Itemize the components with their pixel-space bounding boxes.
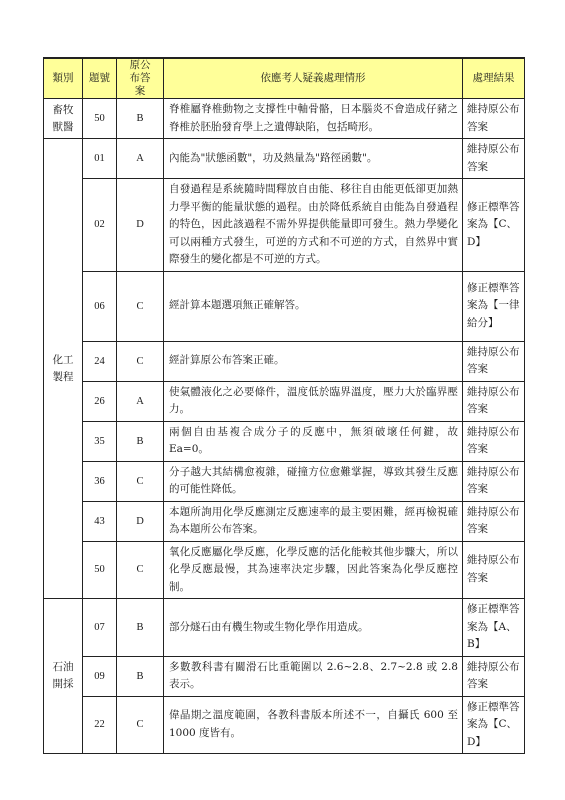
original-answer-cell: D: [117, 501, 164, 541]
answer-review-table: 類別 題號 原公布答案 依應考人疑義處理情形 處理結果 畜牧獸醫 50 B 脊椎…: [43, 57, 525, 754]
header-original-answer: 原公布答案: [117, 58, 164, 99]
question-no-cell: 24: [83, 341, 117, 381]
table-row: 畜牧獸醫 50 B 脊椎屬脊椎動物之支撐性中軸骨骼，日本腦炎不會造成仔豬之脊椎於…: [44, 99, 525, 139]
handling-cell: 自發過程是系統隨時間釋放自由能、移往自由能更低卻更加熱力學平衡的能量狀態的過程。…: [164, 179, 463, 272]
result-cell: 維持原公布答案: [463, 421, 525, 461]
original-answer-cell: A: [117, 139, 164, 179]
result-cell: 維持原公布答案: [463, 541, 525, 599]
question-no-cell: 09: [83, 656, 117, 696]
question-no-cell: 43: [83, 501, 117, 541]
original-answer-cell: B: [117, 421, 164, 461]
handling-cell: 脊椎屬脊椎動物之支撐性中軸骨骼，日本腦炎不會造成仔豬之脊椎於胚胎發育學上之遺傳缺…: [164, 99, 463, 139]
question-no-cell: 50: [83, 541, 117, 599]
original-answer-cell: D: [117, 179, 164, 272]
category-cell: 化工製程: [44, 139, 83, 599]
header-result: 處理結果: [463, 58, 525, 99]
original-answer-cell: C: [117, 461, 164, 501]
result-cell: 修正標準答案為【C、D】: [463, 179, 525, 272]
header-category: 類別: [44, 58, 83, 99]
question-no-cell: 07: [83, 599, 117, 657]
result-cell: 維持原公布答案: [463, 139, 525, 179]
table-row: 50 C 氧化反應屬化學反應，化學反應的活化能較其他步驟大，所以化學反應最慢，其…: [44, 541, 525, 599]
question-no-cell: 26: [83, 381, 117, 421]
table-row: 06 C 經計算本題選項無正確解答。 修正標準答案為【一律給分】: [44, 271, 525, 341]
question-no-cell: 36: [83, 461, 117, 501]
header-handling: 依應考人疑義處理情形: [164, 58, 463, 99]
result-cell: 維持原公布答案: [463, 381, 525, 421]
original-answer-cell: A: [117, 381, 164, 421]
original-answer-cell: C: [117, 341, 164, 381]
category-cell: 畜牧獸醫: [44, 99, 83, 139]
handling-cell: 氧化反應屬化學反應，化學反應的活化能較其他步驟大，所以化學反應最慢，其為速率決定…: [164, 541, 463, 599]
handling-cell: 經計算本題選項無正確解答。: [164, 271, 463, 341]
handling-cell: 經計算原公布答案正確。: [164, 341, 463, 381]
question-no-cell: 02: [83, 179, 117, 272]
question-no-cell: 06: [83, 271, 117, 341]
handling-cell: 兩個自由基複合成分子的反應中，無須破壞任何鍵，故Ea=0。: [164, 421, 463, 461]
result-cell: 維持原公布答案: [463, 656, 525, 696]
result-cell: 修正標準答案為【一律給分】: [463, 271, 525, 341]
handling-cell: 內能為"狀態函數"，功及熱量為"路徑函數"。: [164, 139, 463, 179]
table-header-row: 類別 題號 原公布答案 依應考人疑義處理情形 處理結果: [44, 58, 525, 99]
question-no-cell: 01: [83, 139, 117, 179]
handling-cell: 部分燧石由有機生物或生物化學作用造成。: [164, 599, 463, 657]
question-no-cell: 22: [83, 696, 117, 754]
original-answer-cell: C: [117, 696, 164, 754]
table-row: 化工製程 01 A 內能為"狀態函數"，功及熱量為"路徑函數"。 維持原公布答案: [44, 139, 525, 179]
original-answer-cell: B: [117, 599, 164, 657]
result-cell: 維持原公布答案: [463, 99, 525, 139]
original-answer-cell: B: [117, 656, 164, 696]
table-row: 22 C 偉晶期之溫度範圍，各教科書版本所述不一，自攝氏 600 至 1000 …: [44, 696, 525, 754]
result-cell: 維持原公布答案: [463, 501, 525, 541]
question-no-cell: 35: [83, 421, 117, 461]
result-cell: 維持原公布答案: [463, 341, 525, 381]
original-answer-cell: C: [117, 271, 164, 341]
table-row: 43 D 本題所詢用化學反應測定反應速率的最主要困難，經再檢視確為本題所公布答案…: [44, 501, 525, 541]
table-row: 24 C 經計算原公布答案正確。 維持原公布答案: [44, 341, 525, 381]
handling-cell: 本題所詢用化學反應測定反應速率的最主要困難，經再檢視確為本題所公布答案。: [164, 501, 463, 541]
table-row: 石油開採 07 B 部分燧石由有機生物或生物化學作用造成。 修正標準答案為【A、…: [44, 599, 525, 657]
table-row: 26 A 使氣體液化之必要條件，溫度低於臨界溫度，壓力大於臨界壓力。 維持原公布…: [44, 381, 525, 421]
table-row: 35 B 兩個自由基複合成分子的反應中，無須破壞任何鍵，故Ea=0。 維持原公布…: [44, 421, 525, 461]
header-question-no: 題號: [83, 58, 117, 99]
table-row: 09 B 多數教科書有關滑石比重範圍以 2.6~2.8、2.7~2.8 或 2.…: [44, 656, 525, 696]
handling-cell: 使氣體液化之必要條件，溫度低於臨界溫度，壓力大於臨界壓力。: [164, 381, 463, 421]
table-row: 36 C 分子越大其結構愈複雜，碰撞方位愈難掌握，導致其發生反應的可能性降低。 …: [44, 461, 525, 501]
handling-cell: 多數教科書有關滑石比重範圍以 2.6~2.8、2.7~2.8 或 2.8 表示。: [164, 656, 463, 696]
table-row: 02 D 自發過程是系統隨時間釋放自由能、移往自由能更低卻更加熱力學平衡的能量狀…: [44, 179, 525, 272]
question-no-cell: 50: [83, 99, 117, 139]
result-cell: 修正標準答案為【C、D】: [463, 696, 525, 754]
original-answer-cell: B: [117, 99, 164, 139]
handling-cell: 偉晶期之溫度範圍，各教科書版本所述不一，自攝氏 600 至 1000 度皆有。: [164, 696, 463, 754]
original-answer-cell: C: [117, 541, 164, 599]
result-cell: 修正標準答案為【A、B】: [463, 599, 525, 657]
category-cell: 石油開採: [44, 599, 83, 754]
handling-cell: 分子越大其結構愈複雜，碰撞方位愈難掌握，導致其發生反應的可能性降低。: [164, 461, 463, 501]
result-cell: 維持原公布答案: [463, 461, 525, 501]
